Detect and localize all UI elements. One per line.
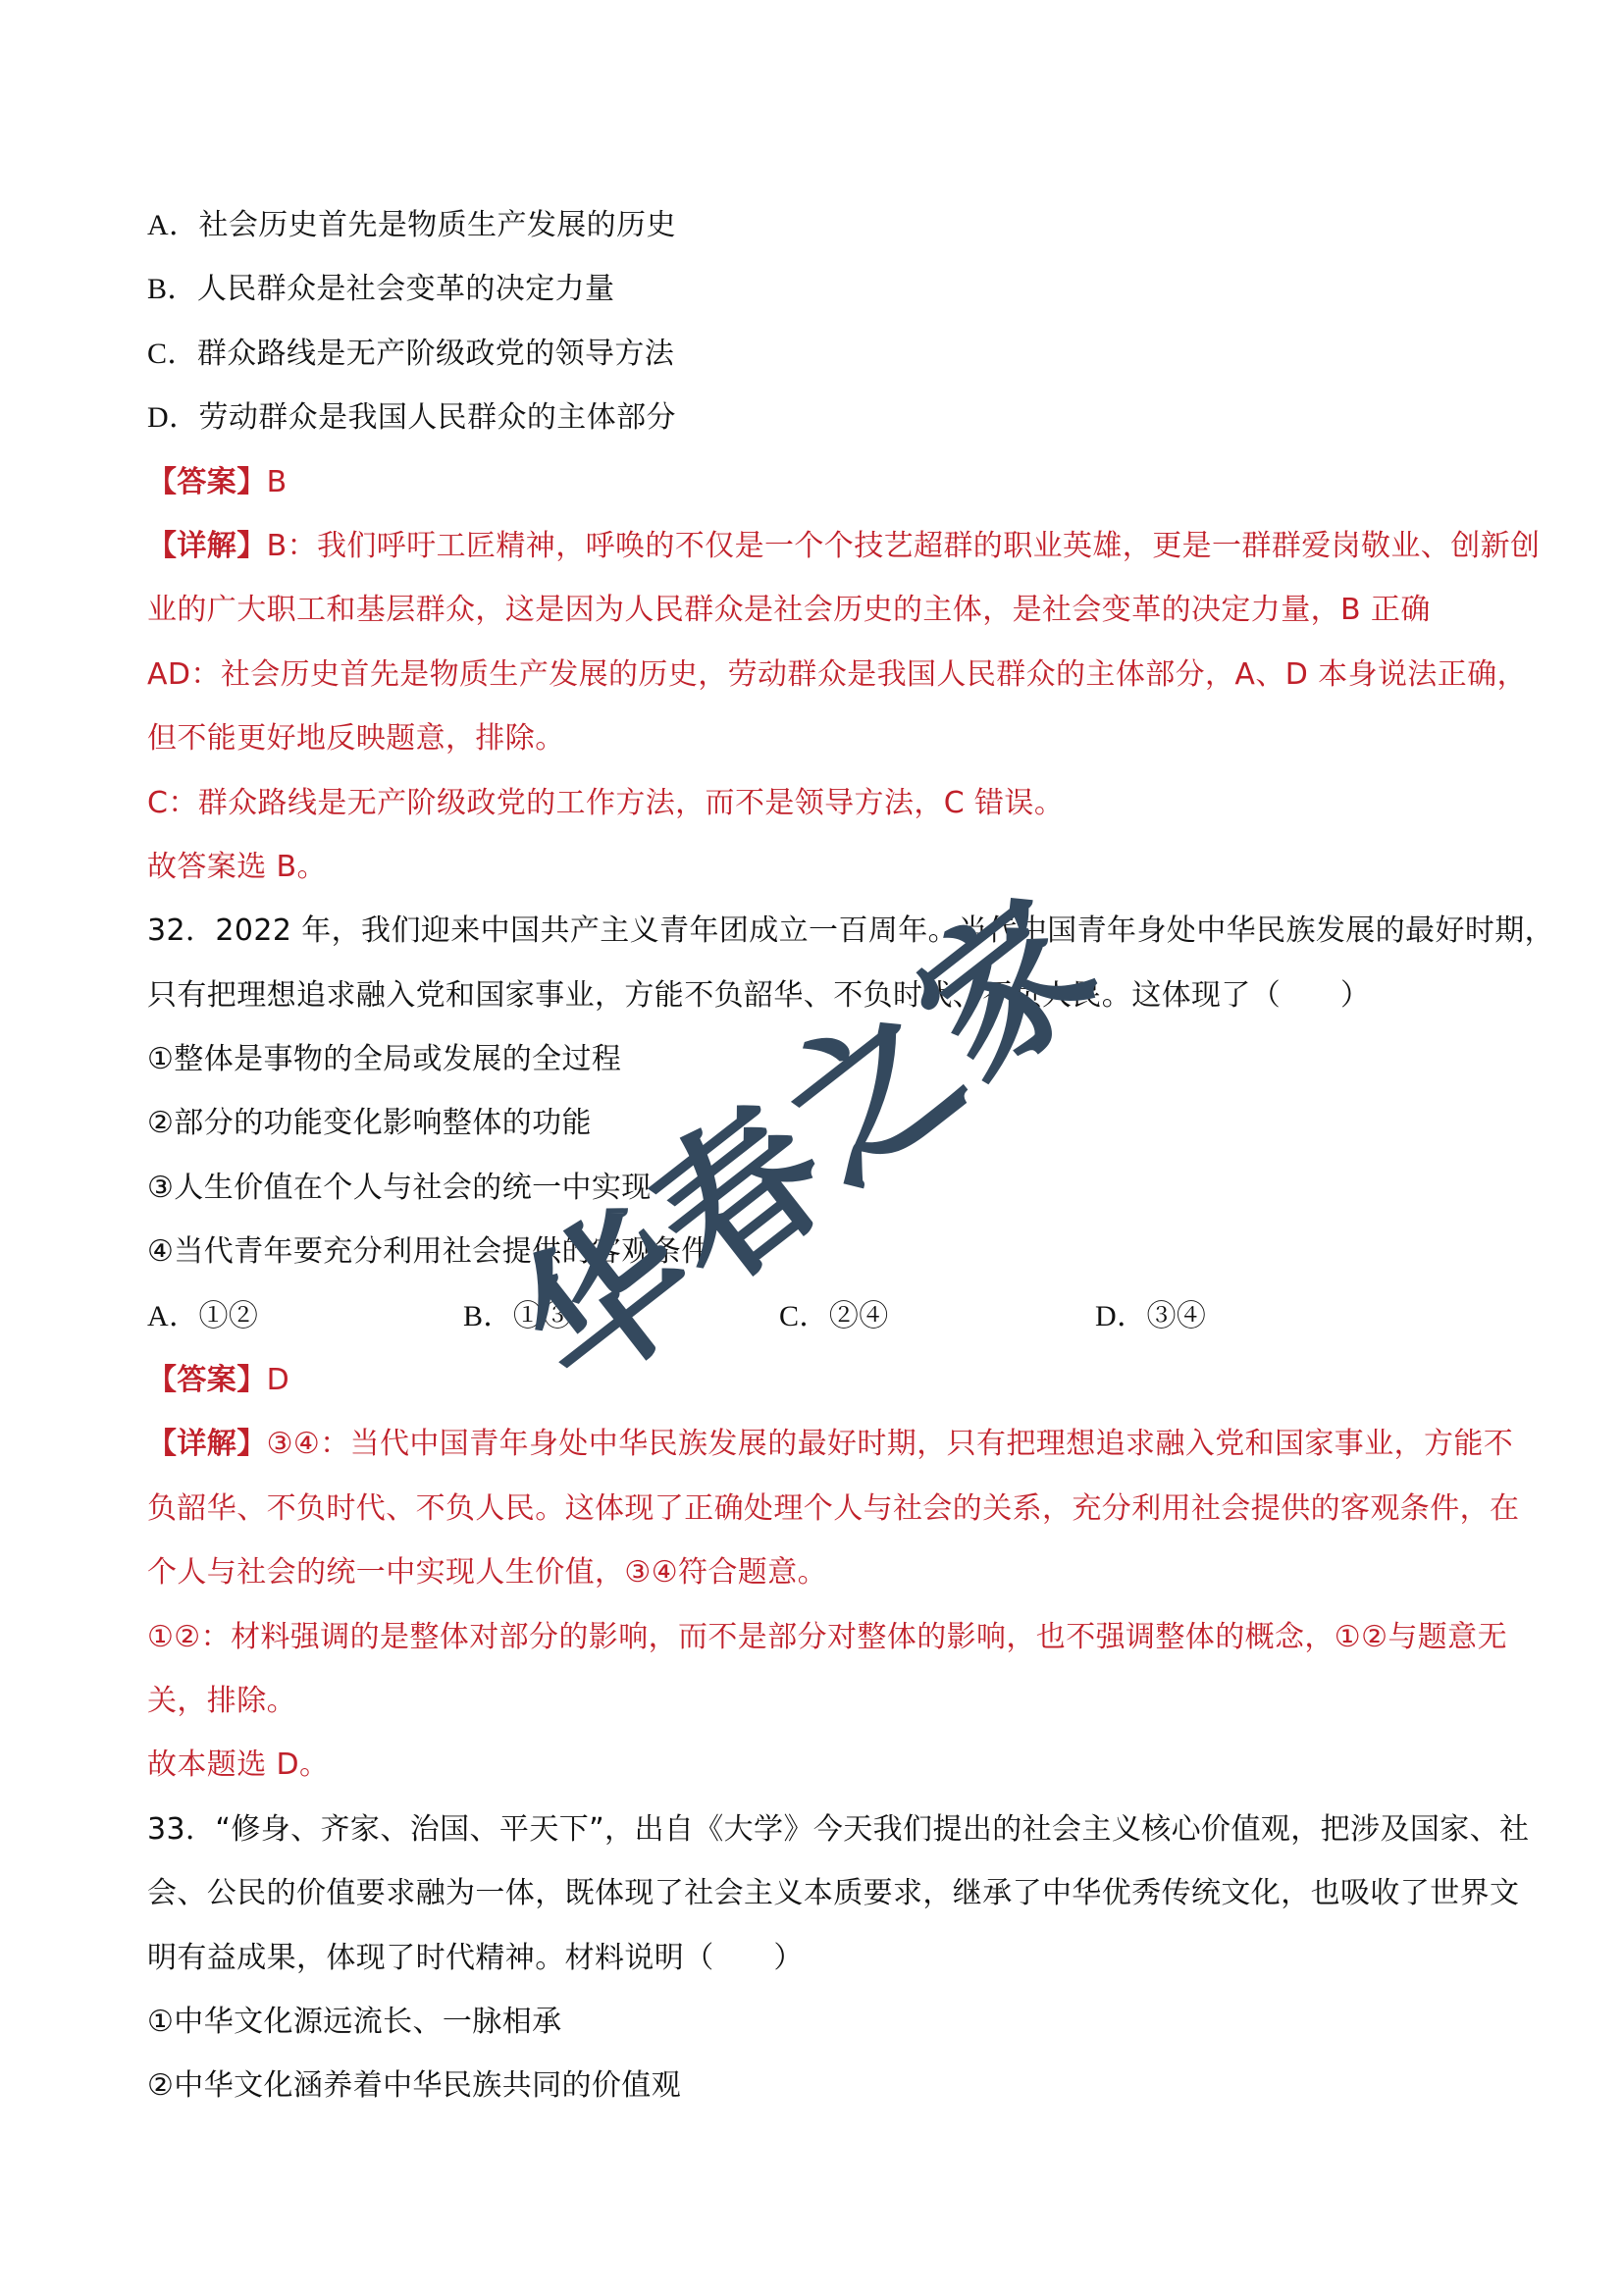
q32-detail-line: 负韶华、不负时代、不负人民。这体现了正确处理个人与社会的关系，充分利用社会提供的…	[147, 1487, 1482, 1550]
q32-options: A．①② B．①③ C．②④ D．③④	[147, 1294, 1482, 1358]
q31-answer: 【答案】B	[147, 460, 1482, 524]
detail-label: 【详解】	[147, 1427, 267, 1461]
q32-detail-line: 【详解】③④：当代中国青年身处中华民族发展的最好时期，只有把理想追求融入党和国家…	[147, 1422, 1482, 1486]
q31-option-c: C．群众路线是无产阶级政党的领导方法	[147, 332, 1482, 395]
q32-conclusion: 故本题选 D。	[147, 1743, 1482, 1806]
answer-value: D	[267, 1363, 290, 1397]
q32-option-c: C．②④	[779, 1294, 1095, 1358]
q31-detail-line: C：群众路线是无产阶级政党的工作方法，而不是领导方法，C 错误。	[147, 781, 1482, 845]
q32-detail-line: 关，排除。	[147, 1679, 1482, 1743]
q33-stem-line: 明有益成果，体现了时代精神。材料说明（ ）	[147, 1936, 1482, 2000]
q33-stem-line: 33．“修身、齐家、治国、平天下”，出自《大学》今天我们提出的社会主义核心价值观…	[147, 1807, 1482, 1871]
q32-stem-line: 32．2022 年，我们迎来中国共产主义青年团成立一百周年。当代中国青年身处中华…	[147, 909, 1482, 972]
q32-option-b: B．①③	[463, 1294, 779, 1358]
q32-answer: 【答案】D	[147, 1358, 1482, 1422]
document-page: A．社会历史首先是物质生产发展的历史 B．人民群众是社会变革的决定力量 C．群众…	[147, 203, 1482, 2128]
q31-option-a: A．社会历史首先是物质生产发展的历史	[147, 203, 1482, 267]
q31-option-d: D．劳动群众是我国人民群众的主体部分	[147, 395, 1482, 459]
answer-label: 【答案】	[147, 1363, 267, 1397]
detail-label: 【详解】	[147, 529, 267, 563]
q32-detail-line: 个人与社会的统一中实现人生价值，③④符合题意。	[147, 1550, 1482, 1614]
q32-statement-2: ②部分的功能变化影响整体的功能	[147, 1101, 1482, 1165]
q32-detail-line: ①②：材料强调的是整体对部分的影响，而不是部分对整体的影响，也不强调整体的概念，…	[147, 1615, 1482, 1679]
q31-conclusion: 故答案选 B。	[147, 845, 1482, 909]
q33-statement-2: ②中华文化涵养着中华民族共同的价值观	[147, 2063, 1482, 2127]
q33-stem-line: 会、公民的价值要求融为一体，既体现了社会主义本质要求，继承了中华优秀传统文化，也…	[147, 1871, 1482, 1935]
q32-option-d: D．③④	[1095, 1294, 1411, 1358]
answer-label: 【答案】	[147, 465, 267, 499]
q32-statement-1: ①整体是事物的全局或发展的全过程	[147, 1037, 1482, 1101]
q32-statement-3: ③人生价值在个人与社会的统一中实现	[147, 1166, 1482, 1229]
q32-stem-line: 只有把理想追求融入党和国家事业，方能不负韶华、不负时代、不负人民。这体现了（ ）	[147, 973, 1482, 1037]
q31-detail-line: 【详解】B：我们呼吁工匠精神，呼唤的不仅是一个个技艺超群的职业英雄，更是一群群爱…	[147, 524, 1482, 588]
answer-value: B	[267, 465, 288, 499]
q31-detail-line: AD：社会历史首先是物质生产发展的历史，劳动群众是我国人民群众的主体部分，A、D…	[147, 652, 1482, 716]
q31-detail-line: 业的广大职工和基层群众，这是因为人民群众是社会历史的主体，是社会变革的决定力量，…	[147, 588, 1482, 652]
q33-statement-1: ①中华文化源远流长、一脉相承	[147, 2000, 1482, 2063]
q31-option-b: B．人民群众是社会变革的决定力量	[147, 267, 1482, 331]
q31-detail-line: 但不能更好地反映题意，排除。	[147, 716, 1482, 780]
q32-statement-4: ④当代青年要充分利用社会提供的客观条件	[147, 1229, 1482, 1293]
q32-option-a: A．①②	[147, 1294, 463, 1358]
